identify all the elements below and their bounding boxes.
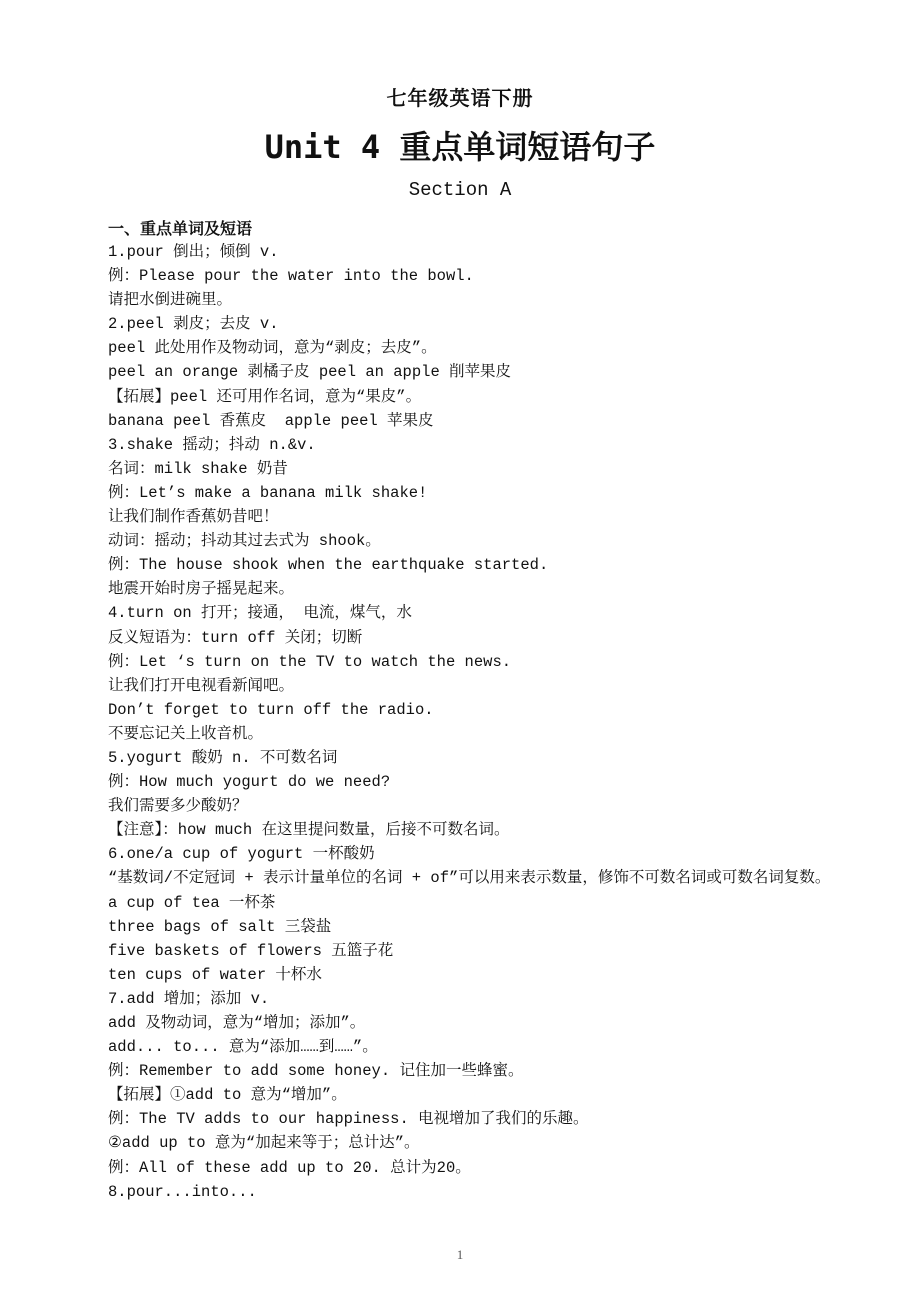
text-line: ②add up to 意为“加起来等于；总计达”。 xyxy=(108,1131,868,1155)
text-line: 例：How much yogurt do we need? xyxy=(108,770,868,794)
text-line: three bags of salt 三袋盐 xyxy=(108,915,868,939)
text-line: 地震开始时房子摇晃起来。 xyxy=(108,577,868,601)
unit-title: Unit 4 重点单词短语句子 xyxy=(0,122,920,168)
document-body: 1.pour 倒出；倾倒 v. 例：Please pour the water … xyxy=(108,240,868,1204)
document-page: 七年级英语下册 Unit 4 重点单词短语句子 Section A 一、重点单词… xyxy=(0,0,920,1302)
text-line: peel 此处用作及物动词，意为“剥皮；去皮”。 xyxy=(108,336,868,360)
text-line: 【拓展】①add to 意为“增加”。 xyxy=(108,1083,868,1107)
text-line: 名词：milk shake 奶昔 xyxy=(108,457,868,481)
text-line: 例：Let’s make a banana milk shake! xyxy=(108,481,868,505)
text-line: 2.peel 剥皮；去皮 v. xyxy=(108,312,868,336)
text-line: 让我们制作香蕉奶昔吧！ xyxy=(108,505,868,529)
text-line: 7.add 增加；添加 v. xyxy=(108,987,868,1011)
unit-title-en: Unit 4 xyxy=(265,128,400,166)
text-line: five baskets of flowers 五篮子花 xyxy=(108,939,868,963)
section-heading: 一、重点单词及短语 xyxy=(108,216,252,239)
text-line: 例：The TV adds to our happiness. 电视增加了我们的… xyxy=(108,1107,868,1131)
text-line: 请把水倒进碗里。 xyxy=(108,288,868,312)
text-line: add 及物动词，意为“增加；添加”。 xyxy=(108,1011,868,1035)
text-line: 例：Please pour the water into the bowl. xyxy=(108,264,868,288)
text-line: banana peel 香蕉皮 apple peel 苹果皮 xyxy=(108,409,868,433)
text-line: 8.pour...into... xyxy=(108,1180,868,1204)
text-line: add... to... 意为“添加……到……”。 xyxy=(108,1035,868,1059)
text-line: 例：All of these add up to 20. 总计为20。 xyxy=(108,1156,868,1180)
text-line: a cup of tea 一杯茶 xyxy=(108,891,868,915)
text-line: 【注意】：how much 在这里提问数量，后接不可数名词。 xyxy=(108,818,868,842)
text-line: 【拓展】peel 还可用作名词，意为“果皮”。 xyxy=(108,385,868,409)
text-line: 4.turn on 打开；接通， 电流，煤气，水 xyxy=(108,601,868,625)
text-line: 反义短语为：turn off 关闭；切断 xyxy=(108,626,868,650)
text-line: 例：Let ‘s turn on the TV to watch the new… xyxy=(108,650,868,674)
text-line: 5.yogurt 酸奶 n. 不可数名词 xyxy=(108,746,868,770)
text-line: Don’t forget to turn off the radio. xyxy=(108,698,868,722)
paragraph-text: “基数词/不定冠词 + 表示计量单位的名词 + of”可以用来表示数量，修饰不可… xyxy=(108,869,830,887)
text-line: 让我们打开电视看新闻吧。 xyxy=(108,674,868,698)
text-line: 我们需要多少酸奶？ xyxy=(108,794,868,818)
text-line: 例：The house shook when the earthquake st… xyxy=(108,553,868,577)
text-line: 例：Remember to add some honey. 记住加一些蜂蜜。 xyxy=(108,1059,868,1083)
section-title: Section A xyxy=(0,179,920,201)
explanation-paragraph: “基数词/不定冠词 + 表示计量单位的名词 + of”可以用来表示数量，修饰不可… xyxy=(71,866,861,890)
text-line: 动词：摇动；抖动其过去式为 shook。 xyxy=(108,529,868,553)
text-line: 1.pour 倒出；倾倒 v. xyxy=(108,240,868,264)
text-line: peel an orange 剥橘子皮 peel an apple 削苹果皮 xyxy=(108,360,868,384)
text-line: 6.one/a cup of yogurt 一杯酸奶 xyxy=(108,842,868,866)
text-line: ten cups of water 十杯水 xyxy=(108,963,868,987)
text-line: 3.shake 摇动；抖动 n.&v. xyxy=(108,433,868,457)
page-number: 1 xyxy=(0,1247,920,1263)
text-line: 不要忘记关上收音机。 xyxy=(108,722,868,746)
grade-title: 七年级英语下册 xyxy=(0,82,920,111)
unit-title-cn: 重点单词短语句子 xyxy=(399,128,655,166)
